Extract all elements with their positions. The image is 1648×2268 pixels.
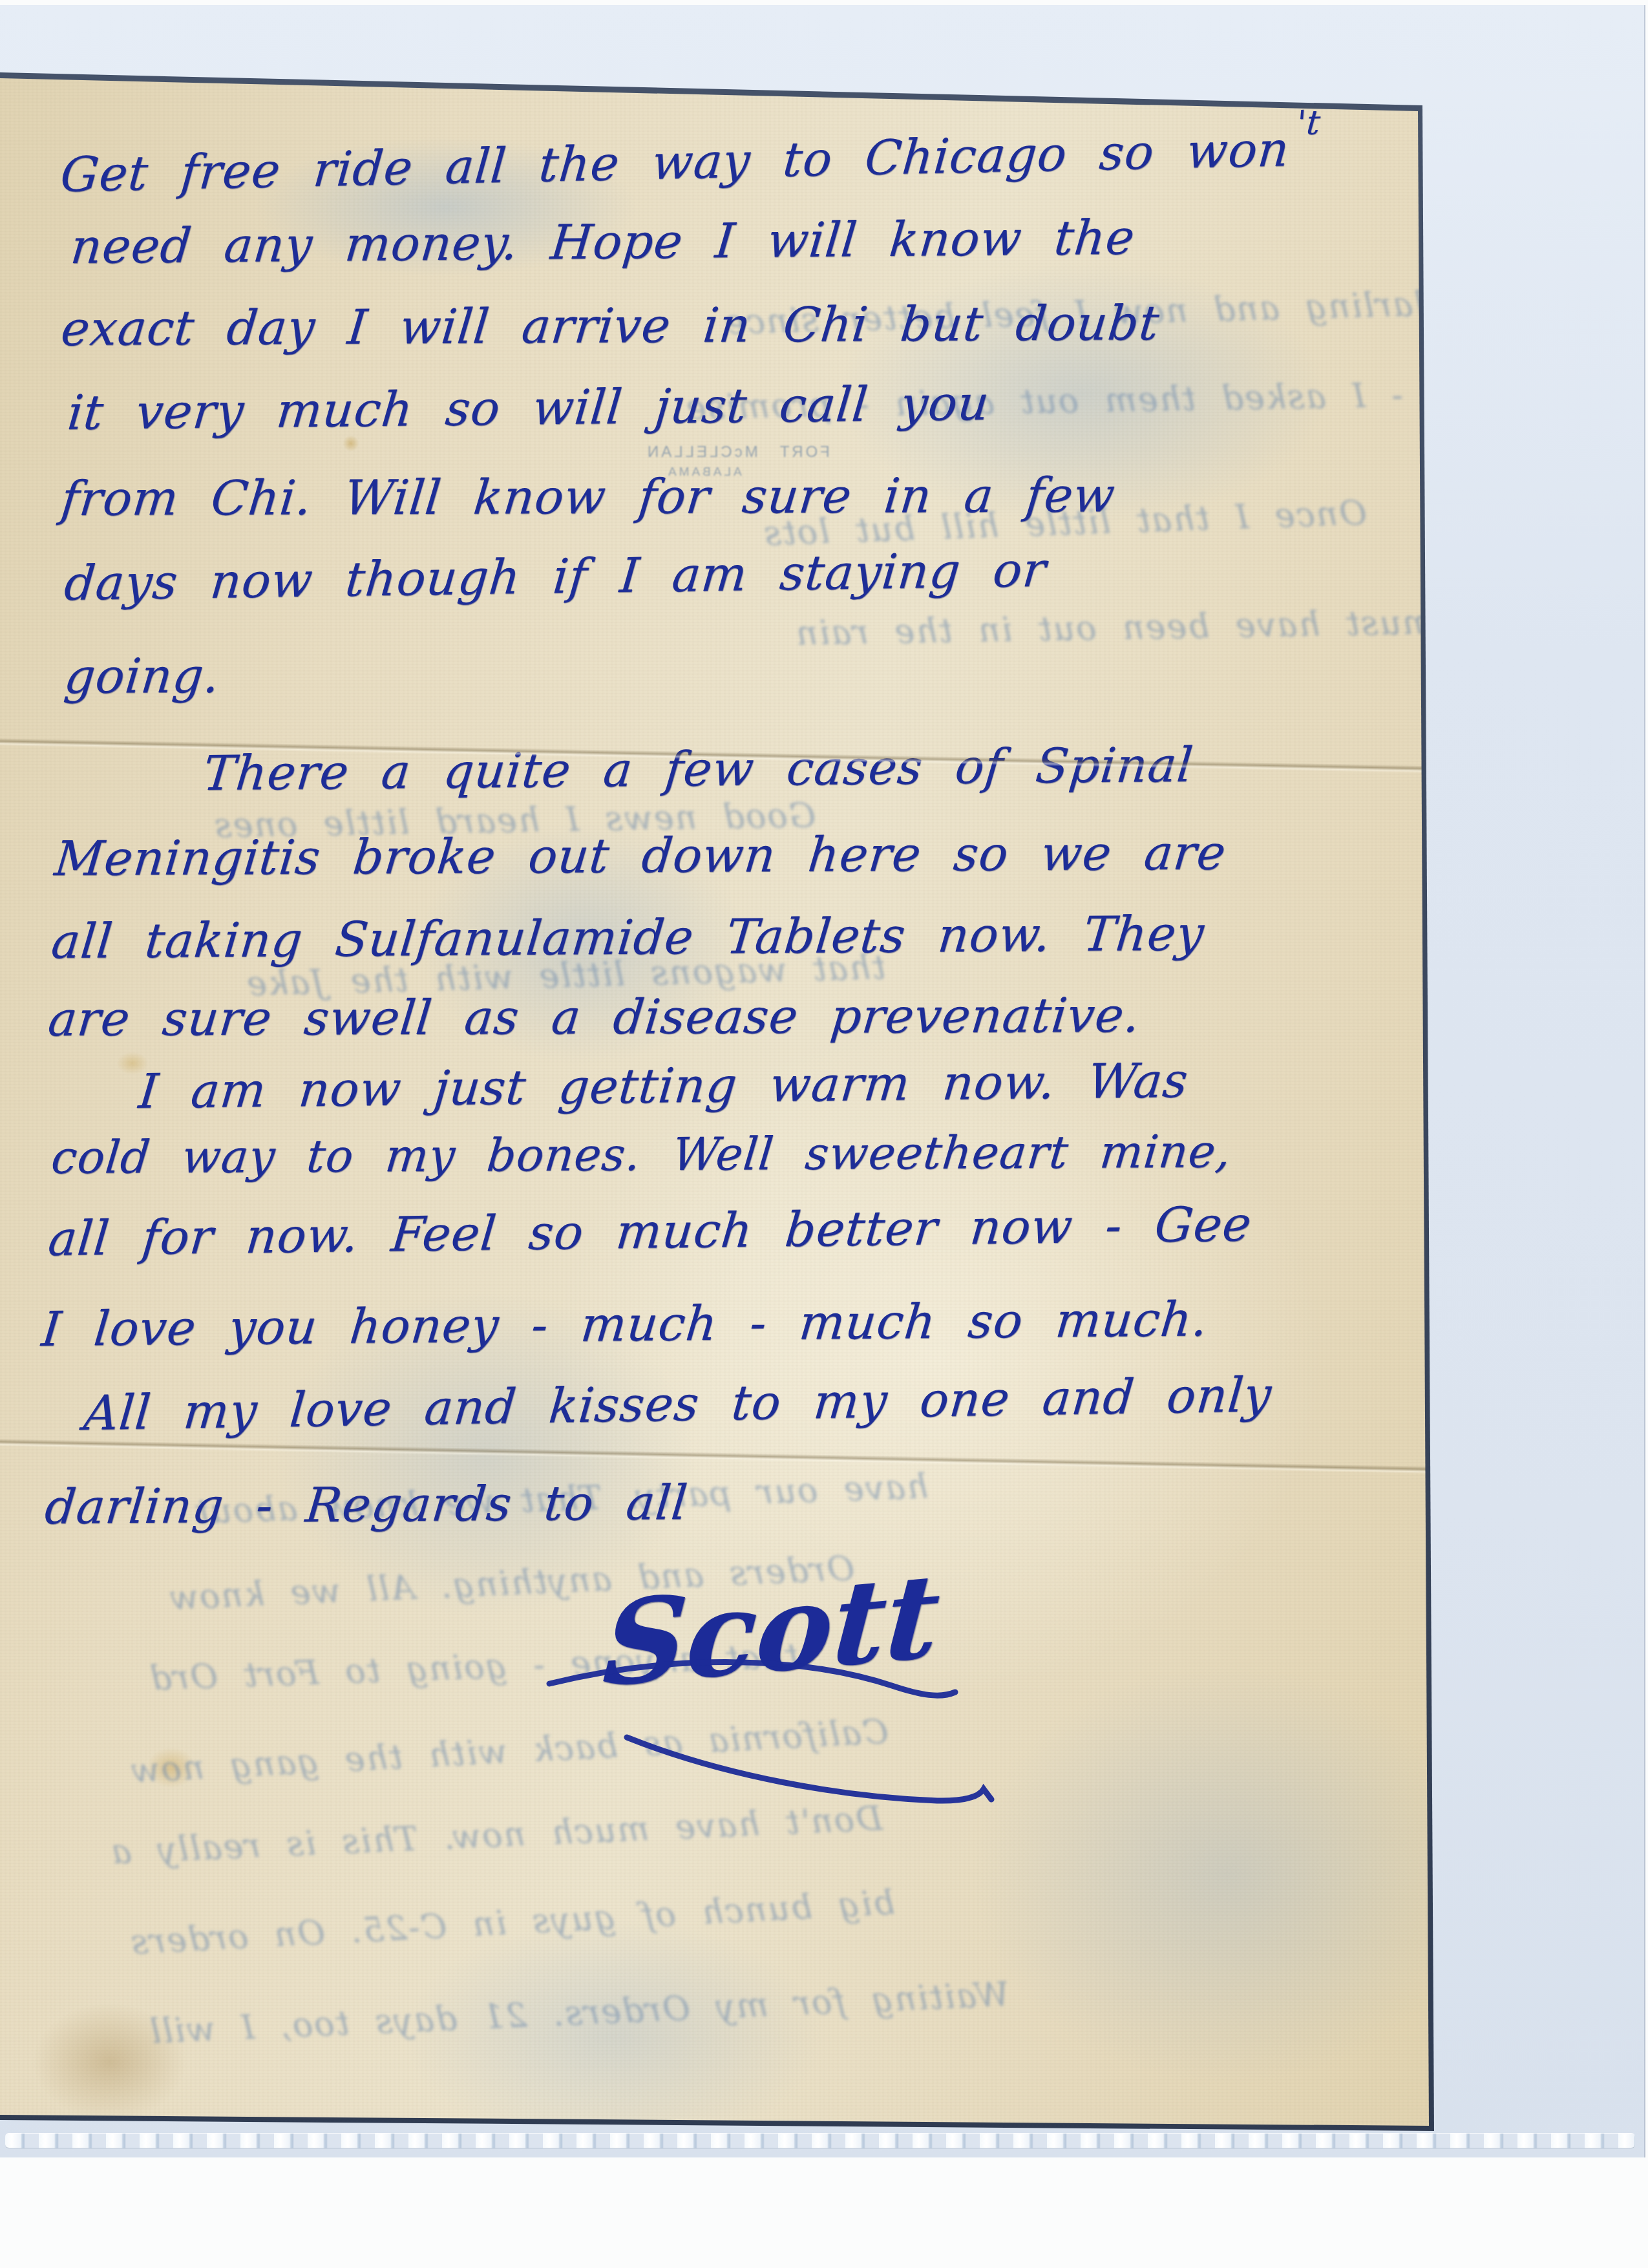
handwriting-line: need any money. Hope I will know the <box>69 214 1137 271</box>
handwriting-line: going. <box>62 652 222 701</box>
handwriting-line: cold way to my bones. Well sweetheart mi… <box>50 1129 1234 1180</box>
handwriting-line: exact day I will arrive in Chi but doubt <box>59 299 1161 353</box>
signature-flourish <box>530 1584 1060 1842</box>
handwriting-line: all taking Sulfanulamide Tablets now. Th… <box>49 910 1206 966</box>
handwriting-line: days now though if I am staying or <box>63 546 1049 608</box>
handwriting-line: it very much so will just call you <box>65 379 991 437</box>
handwriting-line: darling - Regards to all <box>43 1479 690 1531</box>
scanned-letter-page: FORT McCLELLAN ALABAMA darling and now I… <box>0 0 1648 2268</box>
bleedthrough-letterhead-line: FORT McCLELLAN <box>645 443 830 461</box>
sleeve-stitched-seam <box>5 2133 1635 2148</box>
letter-paper: FORT McCLELLAN ALABAMA darling and now I… <box>0 0 1648 2268</box>
handwriting-line: from Chi. Will know for sure in a few <box>59 471 1117 523</box>
inserted-superscript: 't <box>1295 103 1322 143</box>
handwriting-line: are sure swell as a disease prevenative. <box>46 991 1143 1043</box>
handwriting-line: I love you honey - much - much so much. <box>39 1295 1210 1353</box>
handwriting-line: I am now just getting warm now. Was <box>136 1057 1190 1116</box>
handwriting-line: Meningitis broke out down here so we are <box>52 829 1228 883</box>
handwriting-line: all for now. Feel so much better now - G… <box>47 1200 1254 1263</box>
